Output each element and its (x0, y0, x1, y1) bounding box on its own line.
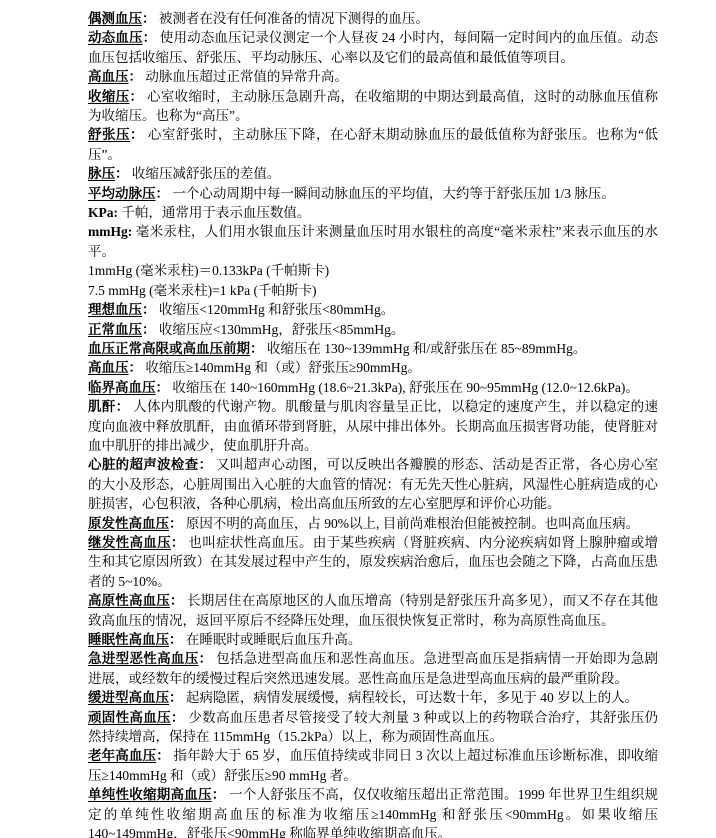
glossary-term: 正常血压 (88, 322, 142, 337)
glossary-term: mmHg: (88, 224, 132, 239)
glossary-definition: 千帕，通常用于表示血压数值。 (121, 205, 310, 220)
glossary-definition: 收缩压在 140~160mmHg (18.6~21.3kPa), 舒张压在 90… (169, 380, 639, 395)
glossary-definition: 毫米汞柱，人们用水银血压计来测量血压时用水银柱的高度“毫米汞柱”来表示血压的水平… (88, 224, 658, 258)
glossary-term-separator: ： (130, 127, 144, 142)
glossary-term: 脉压 (88, 166, 115, 181)
glossary-term: 继发性高血压 (88, 535, 171, 550)
glossary-term-separator: ： (129, 89, 143, 104)
glossary-term-separator: ： (129, 69, 143, 84)
glossary-entry: 1mmHg (毫米汞柱)＝0.133kPa (千帕斯卡) (88, 261, 658, 280)
glossary-definition: 被测者在没有任何准备的情况下测得的血压。 (156, 11, 429, 26)
glossary-entry: 缓进型高血压： 起病隐匿，病情发展缓慢，病程较长，可达数十年，多见于 40 岁以… (88, 688, 658, 707)
glossary-term: 临界高血压 (88, 380, 156, 395)
glossary-definition: 人体内肌酸的代谢产物。肌酸量与肌肉容量呈正比，以稳定的速度产生，并以稳定的速度向… (88, 399, 658, 453)
glossary-entry: 高血压： 动脉血压超过正常值的异常升高。 (88, 67, 658, 86)
glossary-term-separator: ： (171, 710, 185, 725)
glossary-entry: 舒张压： 心室舒张时，主动脉压下降，在心舒末期动脉血压的最低值称为舒张压。也称为… (88, 125, 658, 164)
glossary-entry: 高原性高血压： 长期居住在高原地区的人血压增高（特别是舒张压升高多见），而又不存… (88, 591, 658, 630)
glossary-definition: 动脉血压超过正常值的异常升高。 (142, 69, 348, 84)
glossary-entry: 急进型恶性高血压： 包括急进型高血压和恶性高血压。急进型高血压是指病情一开始即为… (88, 649, 658, 688)
glossary-term-separator: ： (169, 516, 183, 531)
glossary-term: 血压正常高限或高血压前期 (88, 341, 250, 356)
glossary-term: 单纯性收缩期高血压 (88, 787, 212, 802)
glossary-entry: 动态血压： 使用动态血压记录仪测定一个人昼夜 24 小时内，每间隔一定时间内的血… (88, 28, 658, 67)
glossary-term-separator: ： (116, 399, 130, 414)
glossary-term: 肌酐 (88, 399, 116, 414)
glossary-definition: 收缩压≥140mmHg 和（或）舒张压≥90mmHg。 (142, 360, 421, 375)
glossary-entry: 血压正常高限或高血压前期： 收缩压在 130~139mmHg 和/或舒张压在 8… (88, 339, 658, 358)
glossary-entry: 睡眠性高血压： 在睡眠时或睡眠后血压升高。 (88, 630, 658, 649)
glossary-entry: 7.5 mmHg (毫米汞柱)=1 kPa (千帕斯卡) (88, 281, 658, 300)
glossary-term-separator: ： (142, 302, 156, 317)
glossary-term-separator: ： (169, 690, 183, 705)
glossary-definition: 收缩压<120mmHg 和舒张压<80mmHg。 (156, 302, 395, 317)
glossary-entry: 收缩压： 心室收缩时，主动脉压急剧升高，在收缩期的中期达到最高值，这时的动脉血压… (88, 87, 658, 126)
glossary-definition: 收缩压应<130mmHg，舒张压<85mmHg。 (156, 322, 405, 337)
glossary-entry: 临界高血压： 收缩压在 140~160mmHg (18.6~21.3kPa), … (88, 378, 658, 397)
glossary-term: 睡眠性高血压 (88, 632, 169, 647)
glossary-term: 平均动脉压 (88, 186, 156, 201)
glossary-entry: 顽固性高血压： 少数高血压患者尽管接受了较大剂量 3 种或以上的药物联合治疗，其… (88, 708, 658, 747)
glossary-entry: 平均动脉压： 一个心动周期中每一瞬间动脉血压的平均值，大约等于舒张压加 1/3 … (88, 184, 658, 203)
glossary-entry: 脉压： 收缩压减舒张压的差值。 (88, 164, 658, 183)
glossary-term: KPa: (88, 205, 118, 220)
glossary-term: 偶测血压 (88, 11, 142, 26)
document-page: 偶测血压： 被测者在没有任何准备的情况下测得的血压。动态血压： 使用动态血压记录… (0, 0, 716, 838)
glossary-term-separator: ： (199, 651, 213, 666)
glossary-term-separator: ： (156, 380, 170, 395)
glossary-entry: 单纯性收缩期高血压： 一个人舒张压不高，仅仅收缩压超出正常范围。1999 年世界… (88, 785, 658, 838)
glossary-definition: 在睡眠时或睡眠后血压升高。 (183, 632, 362, 647)
glossary-term: 顽固性高血压 (88, 710, 171, 725)
glossary-term-separator: ： (156, 186, 170, 201)
glossary-term-separator: ： (212, 787, 226, 802)
glossary-term: 缓进型高血压 (88, 690, 169, 705)
glossary-term-separator: ： (115, 166, 129, 181)
glossary-term-separator: ： (171, 535, 185, 550)
glossary-term: 高血压 (88, 69, 129, 84)
glossary-term-separator: ： (143, 30, 157, 45)
glossary-definition: 心室收缩时，主动脉压急剧升高，在收缩期的中期达到最高值，这时的动脉血压值称为收缩… (88, 89, 658, 123)
glossary-term: 高血压 (88, 360, 129, 375)
glossary-term-separator: ： (142, 11, 156, 26)
glossary-entry: 偶测血压： 被测者在没有任何准备的情况下测得的血压。 (88, 9, 658, 28)
glossary-term: 收缩压 (88, 89, 129, 104)
glossary-entry: mmHg: 毫米汞柱，人们用水银血压计来测量血压时用水银柱的高度“毫米汞柱”来表… (88, 222, 658, 261)
glossary-term: 理想血压 (88, 302, 142, 317)
glossary-list: 偶测血压： 被测者在没有任何准备的情况下测得的血压。动态血压： 使用动态血压记录… (88, 9, 658, 838)
glossary-entry: 正常血压： 收缩压应<130mmHg，舒张压<85mmHg。 (88, 320, 658, 339)
glossary-entry: 高血压： 收缩压≥140mmHg 和（或）舒张压≥90mmHg。 (88, 358, 658, 377)
glossary-term: 动态血压 (88, 30, 143, 45)
glossary-definition: 指年龄大于 65 岁，血压值持续或非同日 3 次以上超过标准血压诊断标准，即收缩… (88, 748, 658, 782)
glossary-definition: 起病隐匿，病情发展缓慢，病程较长，可达数十年，多见于 40 岁以上的人。 (183, 690, 639, 705)
glossary-term-separator: ： (199, 457, 213, 472)
glossary-term-separator: ： (250, 341, 264, 356)
glossary-definition: 1mmHg (毫米汞柱)＝0.133kPa (千帕斯卡) (88, 263, 329, 278)
glossary-term-separator: ： (142, 322, 156, 337)
glossary-entry: KPa: 千帕，通常用于表示血压数值。 (88, 203, 658, 222)
glossary-definition: 原因不明的高血压，占 90%以上, 目前尚难根治但能被控制。也叫高血压病。 (183, 516, 640, 531)
glossary-term: 老年高血压 (88, 748, 156, 763)
glossary-term-separator: ： (129, 360, 143, 375)
glossary-term-separator: ： (156, 748, 170, 763)
glossary-entry: 继发性高血压： 也叫症状性高血压。由于某些疾病（肾脏疾病、内分泌疾病如肾上腺肿瘤… (88, 533, 658, 591)
glossary-term-separator: ： (169, 632, 183, 647)
glossary-term: 高原性高血压 (88, 593, 170, 608)
glossary-entry: 原发性高血压： 原因不明的高血压，占 90%以上, 目前尚难根治但能被控制。也叫… (88, 514, 658, 533)
glossary-entry: 肌酐： 人体内肌酸的代谢产物。肌酸量与肌肉容量呈正比，以稳定的速度产生，并以稳定… (88, 397, 658, 455)
glossary-definition: 一个心动周期中每一瞬间动脉血压的平均值，大约等于舒张压加 1/3 脉压。 (169, 186, 615, 201)
glossary-definition: 收缩压减舒张压的差值。 (129, 166, 281, 181)
glossary-term: 原发性高血压 (88, 516, 169, 531)
glossary-term: 急进型恶性高血压 (88, 651, 199, 666)
glossary-definition: 收缩压在 130~139mmHg 和/或舒张压在 85~89mmHg。 (264, 341, 587, 356)
glossary-definition: 使用动态血压记录仪测定一个人昼夜 24 小时内，每间隔一定时间内的血压值。动态血… (88, 30, 658, 64)
glossary-definition: 心室舒张时，主动脉压下降，在心舒末期动脉血压的最低值称为舒张压。也称为“低压”。 (88, 127, 658, 161)
glossary-entry: 老年高血压： 指年龄大于 65 岁，血压值持续或非同日 3 次以上超过标准血压诊… (88, 746, 658, 785)
glossary-entry: 心脏的超声波检查： 又叫超声心动图，可以反映出各瓣膜的形态、活动是否正常，各心房… (88, 455, 658, 513)
glossary-term: 心脏的超声波检查 (88, 457, 199, 472)
glossary-term: 舒张压 (88, 127, 130, 142)
glossary-entry: 理想血压： 收缩压<120mmHg 和舒张压<80mmHg。 (88, 300, 658, 319)
glossary-definition: 7.5 mmHg (毫米汞柱)=1 kPa (千帕斯卡) (88, 283, 316, 298)
glossary-term-separator: ： (170, 593, 184, 608)
